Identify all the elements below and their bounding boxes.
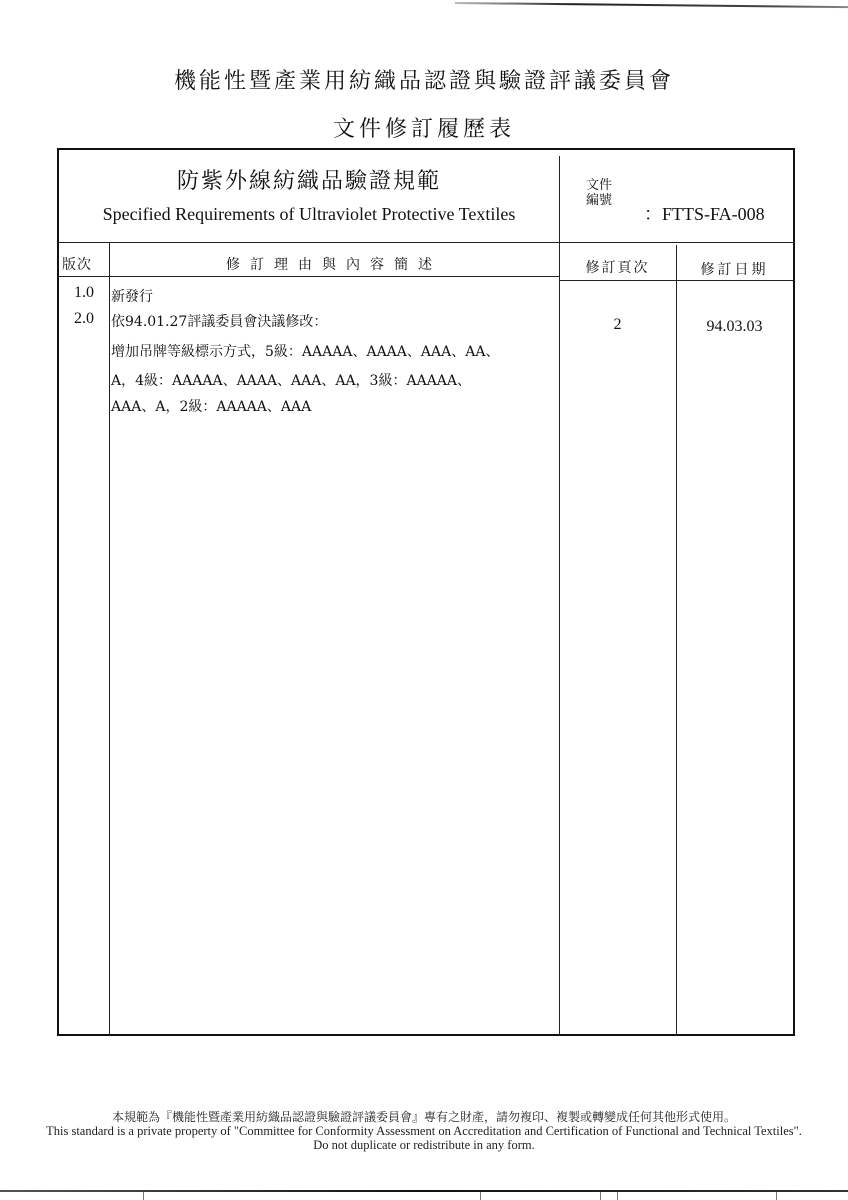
divider-header-bottom [59, 276, 559, 277]
standard-title-en: Specified Requirements of Ultraviolet Pr… [59, 204, 559, 225]
scan-edge-line [455, 2, 848, 8]
scan-bottom-line [0, 1190, 848, 1192]
row-description-line: 依94.01.27評議委員會決議修改： [111, 311, 327, 331]
revision-history-table: 防紫外線紡織品驗證規範 Specified Requirements of Ul… [57, 148, 795, 1036]
row-pages: 2 [559, 316, 676, 334]
scan-tick [143, 1192, 144, 1200]
column-header-pages: 修訂頁次 [559, 257, 676, 277]
divider-desc-col [559, 156, 560, 1034]
divider-title-bottom [59, 242, 793, 243]
doc-number-label: 文件 編號 [586, 178, 612, 208]
column-header-date: 修訂日期 [676, 259, 793, 279]
scan-tick [480, 1192, 481, 1200]
row-description-line: AAA、A，2級：AAAAA、AAA [111, 396, 311, 416]
footer-line-en1: This standard is a private property of "… [0, 1124, 848, 1138]
doc-number-label-line1: 文件 [586, 178, 612, 193]
standard-title-zh: 防紫外線紡織品驗證規範 [59, 164, 559, 195]
row-description-line: 增加吊牌等級標示方式，5級：AAAAA、AAAA、AAA、AA、 [111, 341, 499, 361]
column-header-version: 版次 [62, 254, 92, 274]
scan-tick [776, 1192, 777, 1200]
divider-version-col [109, 242, 110, 1034]
row-description-line: 新發行 [111, 286, 153, 306]
scan-tick [617, 1192, 618, 1200]
copyright-footer: 本規範為『機能性暨產業用紡織品認證與驗證評議委員會』專有之財產，請勿複印、複製或… [0, 1110, 848, 1152]
divider-pages-col [676, 245, 677, 1034]
row-date: 94.03.03 [676, 318, 793, 336]
row-version: 2.0 [59, 310, 109, 328]
footer-line-en2: Do not duplicate or redistribute in any … [0, 1138, 848, 1152]
doc-number-label-line2: 編號 [586, 193, 612, 208]
column-header-description: 修訂理由與內容簡述 [109, 254, 559, 274]
row-version: 1.0 [59, 284, 109, 302]
row-description-line: A，4級：AAAAA、AAAA、AAA、AA，3級：AAAAA、 [111, 370, 471, 390]
document-title: 文件修訂履歷表 [0, 112, 848, 143]
scan-tick [600, 1192, 601, 1200]
doc-number: ：FTTS-FA-008 [644, 200, 765, 226]
organization-title: 機能性暨產業用紡織品認證與驗證評議委員會 [0, 64, 848, 95]
footer-line-zh: 本規範為『機能性暨產業用紡織品認證與驗證評議委員會』專有之財產，請勿複印、複製或… [0, 1110, 848, 1124]
